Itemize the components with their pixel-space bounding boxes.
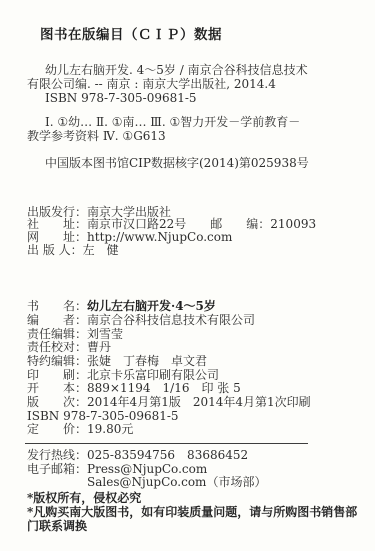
row-label: 特约编辑： — [27, 354, 87, 368]
row-label: 编 者： — [27, 313, 87, 327]
contact-row-hotline: 发行热线：025-83594756 83686452 — [27, 449, 361, 463]
publisher-row: 出 版 人：左 健 — [27, 244, 361, 257]
cip-record-paragraph: 幼儿左右脑开发. 4～5岁 / 南京合谷科技信息技术 有限公司编. -- 南京 … — [27, 64, 361, 105]
row-label: 责任校对： — [27, 340, 87, 354]
row-label: 书 名： — [27, 299, 87, 313]
row-label: 定 价： — [27, 422, 87, 436]
colophon-row: 编 者：南京合谷科技信息技术有限公司 — [27, 314, 361, 328]
colophon-row-isbn: ISBN 978-7-305-09681-5 — [27, 410, 361, 424]
press-email: Press@NjupCo.com — [87, 462, 207, 476]
price-value: 19.80元 — [87, 422, 133, 436]
colophon-block: 书 名：幼儿左右脑开发·4～5岁 编 者：南京合谷科技信息技术有限公司 责任编辑… — [27, 300, 361, 437]
row-label: 印 刷： — [27, 368, 87, 382]
contact-block: 发行热线：025-83594756 83686452 电子邮箱：Press@Nj… — [27, 449, 361, 490]
row-value: 889×1194 1/16 印 张 5 — [87, 381, 241, 395]
copyright-notice: *版权所有，侵权必究 — [27, 492, 361, 506]
row-label: 开 本： — [27, 381, 87, 395]
row-value: 曹丹 — [87, 340, 111, 354]
cip-classification-line: 教学参考资料 Ⅳ. ①G613 — [27, 130, 361, 144]
book-title-value: 幼儿左右脑开发·4～5岁 — [87, 299, 216, 313]
row-label: 版 次： — [27, 395, 87, 409]
row-value: 刘雪莹 — [87, 327, 123, 341]
colophon-row: 特约编辑：张婕 丁春梅 卓文君 — [27, 355, 361, 369]
exchange-notice: *凡购买南大版图书，如有印装质量问题，请与所购图书销售部门联系调换 — [27, 506, 361, 534]
sales-email: Sales@NjupCo.com（市场部） — [27, 475, 266, 489]
row-label: 出 版 人： — [27, 243, 83, 257]
isbn-value: ISBN 978-7-305-09681-5 — [27, 409, 179, 423]
publisher-block: 出版发行：南京大学出版社 社 址：南京市汉口路22号 邮 编：210093 网 … — [27, 206, 361, 256]
colophon-row-price: 定 价：19.80元 — [27, 423, 361, 437]
row-value: 左 健 — [83, 243, 119, 257]
cip-record-line: 有限公司编. -- 南京 : 南京大学出版社, 2014.4 — [27, 78, 361, 92]
colophon-row: 版 次：2014年4月第1版 2014年4月第1次印刷 — [27, 396, 361, 410]
row-value: 南京合谷科技信息技术有限公司 — [87, 313, 255, 327]
colophon-row: 责任校对：曹丹 — [27, 341, 361, 355]
divider-rule — [25, 443, 308, 444]
cip-classification: Ⅰ. ①幼… Ⅱ. ①南… Ⅲ. ①智力开发－学前教育－ 教学参考资料 Ⅳ. ①… — [27, 116, 361, 144]
row-label: 电子邮箱： — [27, 462, 87, 476]
hotline-numbers: 025-83594756 83686452 — [87, 448, 248, 462]
row-value: 2014年4月第1版 2014年4月第1次印刷 — [87, 395, 311, 409]
row-value: 张婕 丁春梅 卓文君 — [87, 354, 207, 368]
copyright-page: 图书在版编目（ＣＩＰ）数据 幼儿左右脑开发. 4～5岁 / 南京合谷科技信息技术… — [0, 0, 375, 551]
cip-record-line: 幼儿左右脑开发. 4～5岁 / 南京合谷科技信息技术 — [27, 64, 361, 78]
row-value: 北京卡乐富印刷有限公司 — [87, 368, 219, 382]
row-label: 责任编辑： — [27, 327, 87, 341]
cip-record-isbn: ISBN 978-7-305-09681-5 — [27, 92, 361, 106]
cip-title: 图书在版编目（ＣＩＰ）数据 — [40, 23, 361, 43]
colophon-row-title: 书 名：幼儿左右脑开发·4～5岁 — [27, 300, 361, 314]
notices-block: *版权所有，侵权必究 *凡购买南大版图书，如有印装质量问题，请与所购图书销售部门… — [27, 492, 361, 533]
cip-registry-number: 中国版本图书馆CIP数据核字(2014)第025938号 — [27, 157, 361, 171]
row-label: 发行热线： — [27, 448, 87, 462]
contact-row-email: Sales@NjupCo.com（市场部） — [27, 476, 361, 490]
